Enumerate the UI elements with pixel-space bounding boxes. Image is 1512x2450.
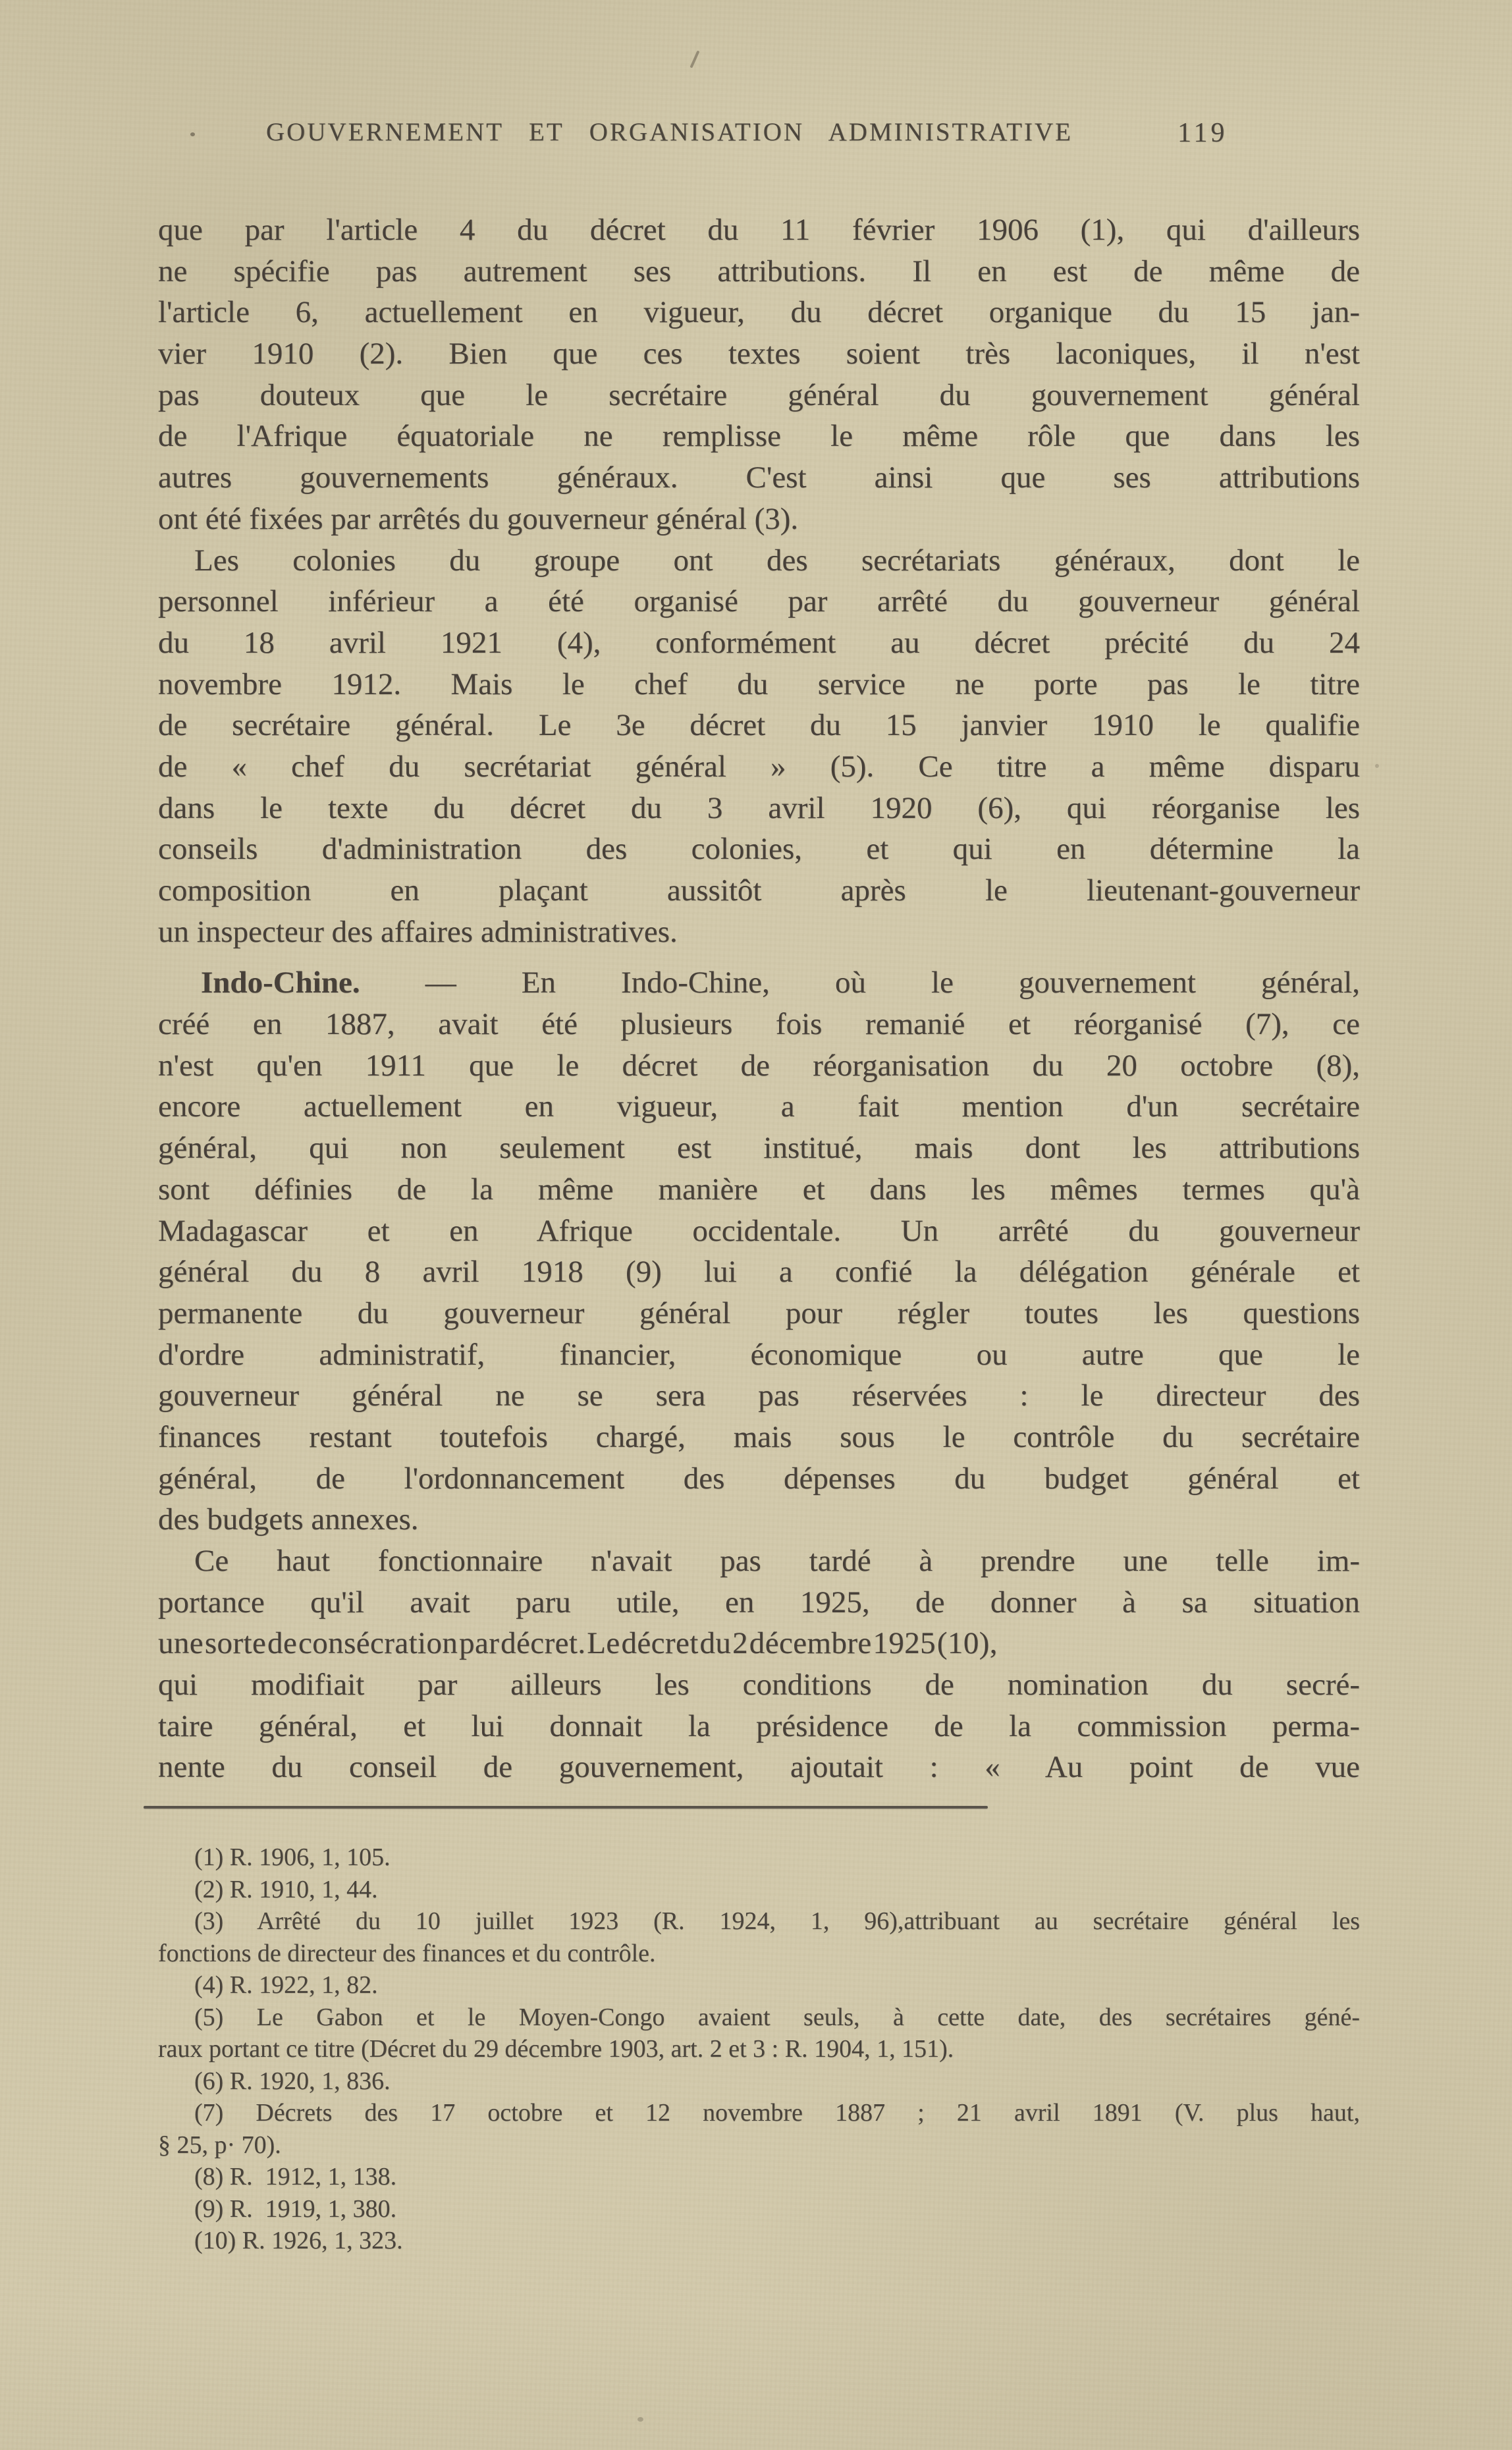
text-line: taire général, et lui donnait la préside… [158, 1706, 1360, 1747]
text-line: encore actuellement en vigueur, a fait m… [158, 1086, 1360, 1128]
text-line: ne spécifie pas autrement ses attributio… [158, 251, 1360, 292]
text-line: de l'Afrique équatoriale ne remplisse le… [158, 416, 1360, 457]
text-line: un inspecteur des affaires administrativ… [158, 912, 1360, 953]
text-line: Ce haut fonctionnaire n'avait pas tardé … [158, 1540, 1360, 1582]
text-line: ont été fixées par arrêtés du gouverneur… [158, 499, 1360, 540]
text-line: des budgets annexes. [158, 1499, 1360, 1540]
text-line: de secrétaire général. Le 3e décret du 1… [158, 705, 1360, 746]
paragraph: que par l'article 4 du décret du 11 févr… [158, 209, 1360, 540]
paragraph: Ce haut fonctionnaire n'avait pas tardé … [158, 1540, 1360, 1788]
footnote-line: (1) R. 1906, 1, 105. [158, 1841, 1360, 1874]
footnote-line: (10) R. 1926, 1, 323. [158, 2225, 1360, 2257]
running-header: GOUVERNEMENT ET ORGANISATION ADMINISTRAT… [0, 117, 1512, 150]
paragraph: Indo-Chine. — En Indo-Chine, où le gouve… [158, 962, 1360, 1540]
ink-speck [689, 50, 699, 68]
body-text: que par l'article 4 du décret du 11 févr… [158, 209, 1360, 1788]
text-line: général, qui non seulement est institué,… [158, 1128, 1360, 1169]
text-line: vier 1910 (2). Bien que ces textes soien… [158, 333, 1360, 375]
text-line: conseils d'administration des colonies, … [158, 829, 1360, 870]
text-line: portance qu'il avait paru utile, en 1925… [158, 1582, 1360, 1623]
book-page-scan: GOUVERNEMENT ET ORGANISATION ADMINISTRAT… [0, 0, 1512, 2450]
text-line: que par l'article 4 du décret du 11 févr… [158, 209, 1360, 251]
text-line: une sorte de consécration par décret. Le… [158, 1623, 1360, 1664]
text-line: composition en plaçant aussitôt après le… [158, 870, 1360, 912]
text-line: sont définies de la même manière et dans… [158, 1169, 1360, 1211]
footnote-separator-rule [144, 1806, 988, 1809]
ink-speck [637, 2417, 643, 2422]
text-line: nente du conseil de gouvernement, ajouta… [158, 1747, 1360, 1788]
page-number: 119 [1177, 117, 1228, 149]
text-line: du 18 avril 1921 (4), conformément au dé… [158, 622, 1360, 664]
footnote-line: (8) R. 1912, 1, 138. [158, 2161, 1360, 2193]
footnote-line: (3) Arrêté du 10 juillet 1923 (R. 1924, … [158, 1905, 1360, 1938]
footnote-line: fonctions de directeur des finances et d… [158, 1938, 1360, 1970]
text-line: permanente du gouverneur général pour ré… [158, 1293, 1360, 1334]
ink-speck [1375, 764, 1379, 768]
text-line: Indo-Chine. — En Indo-Chine, où le gouve… [158, 962, 1360, 1004]
paragraph-lead: Indo-Chine. [201, 966, 425, 1000]
footnote-line: (9) R. 1919, 1, 380. [158, 2193, 1360, 2225]
text-line: Madagascar et en Afrique occidentale. Un… [158, 1211, 1360, 1252]
footnote-line: (5) Le Gabon et le Moyen-Congo avaient s… [158, 2001, 1360, 2034]
footnote-line: (4) R. 1922, 1, 82. [158, 1969, 1360, 2001]
text-line: n'est qu'en 1911 que le décret de réorga… [158, 1045, 1360, 1087]
text-line: général du 8 avril 1918 (9) lui a confié… [158, 1251, 1360, 1293]
text-line: de « chef du secrétariat général » (5). … [158, 746, 1360, 788]
text-line: qui modifiait par ailleurs les condition… [158, 1664, 1360, 1706]
text-line: personnel inférieur a été organisé par a… [158, 581, 1360, 622]
running-header-title: GOUVERNEMENT ET ORGANISATION ADMINISTRAT… [266, 117, 1073, 147]
text-line: novembre 1912. Mais le chef du service n… [158, 664, 1360, 705]
text-line: finances restant toutefois chargé, mais … [158, 1417, 1360, 1458]
paragraph: Les colonies du groupe ont des secrétari… [158, 540, 1360, 953]
text-line: Les colonies du groupe ont des secrétari… [158, 540, 1360, 582]
footnotes: (1) R. 1906, 1, 105.(2) R. 1910, 1, 44.(… [158, 1841, 1360, 2257]
footnote-line: (7) Décrets des 17 octobre et 12 novembr… [158, 2097, 1360, 2129]
text-line: gouverneur général ne se sera pas réserv… [158, 1375, 1360, 1417]
text-line: pas douteux que le secrétaire général du… [158, 375, 1360, 416]
text-line: dans le texte du décret du 3 avril 1920 … [158, 788, 1360, 829]
text-line: l'article 6, actuellement en vigueur, du… [158, 292, 1360, 333]
footnote-line: raux portant ce titre (Décret du 29 déce… [158, 2033, 1360, 2065]
text-line: général, de l'ordonnancement des dépense… [158, 1458, 1360, 1500]
footnote-line: (2) R. 1910, 1, 44. [158, 1874, 1360, 1906]
footnote-line: (6) R. 1920, 1, 836. [158, 2065, 1360, 2098]
text-line: d'ordre administratif, financier, économ… [158, 1334, 1360, 1376]
footnote-line: § 25, p· 70). [158, 2129, 1360, 2162]
text-line: autres gouvernements généraux. C'est ain… [158, 457, 1360, 499]
ink-speck [190, 132, 195, 136]
text-line: créé en 1887, avait été plusieurs fois r… [158, 1004, 1360, 1045]
